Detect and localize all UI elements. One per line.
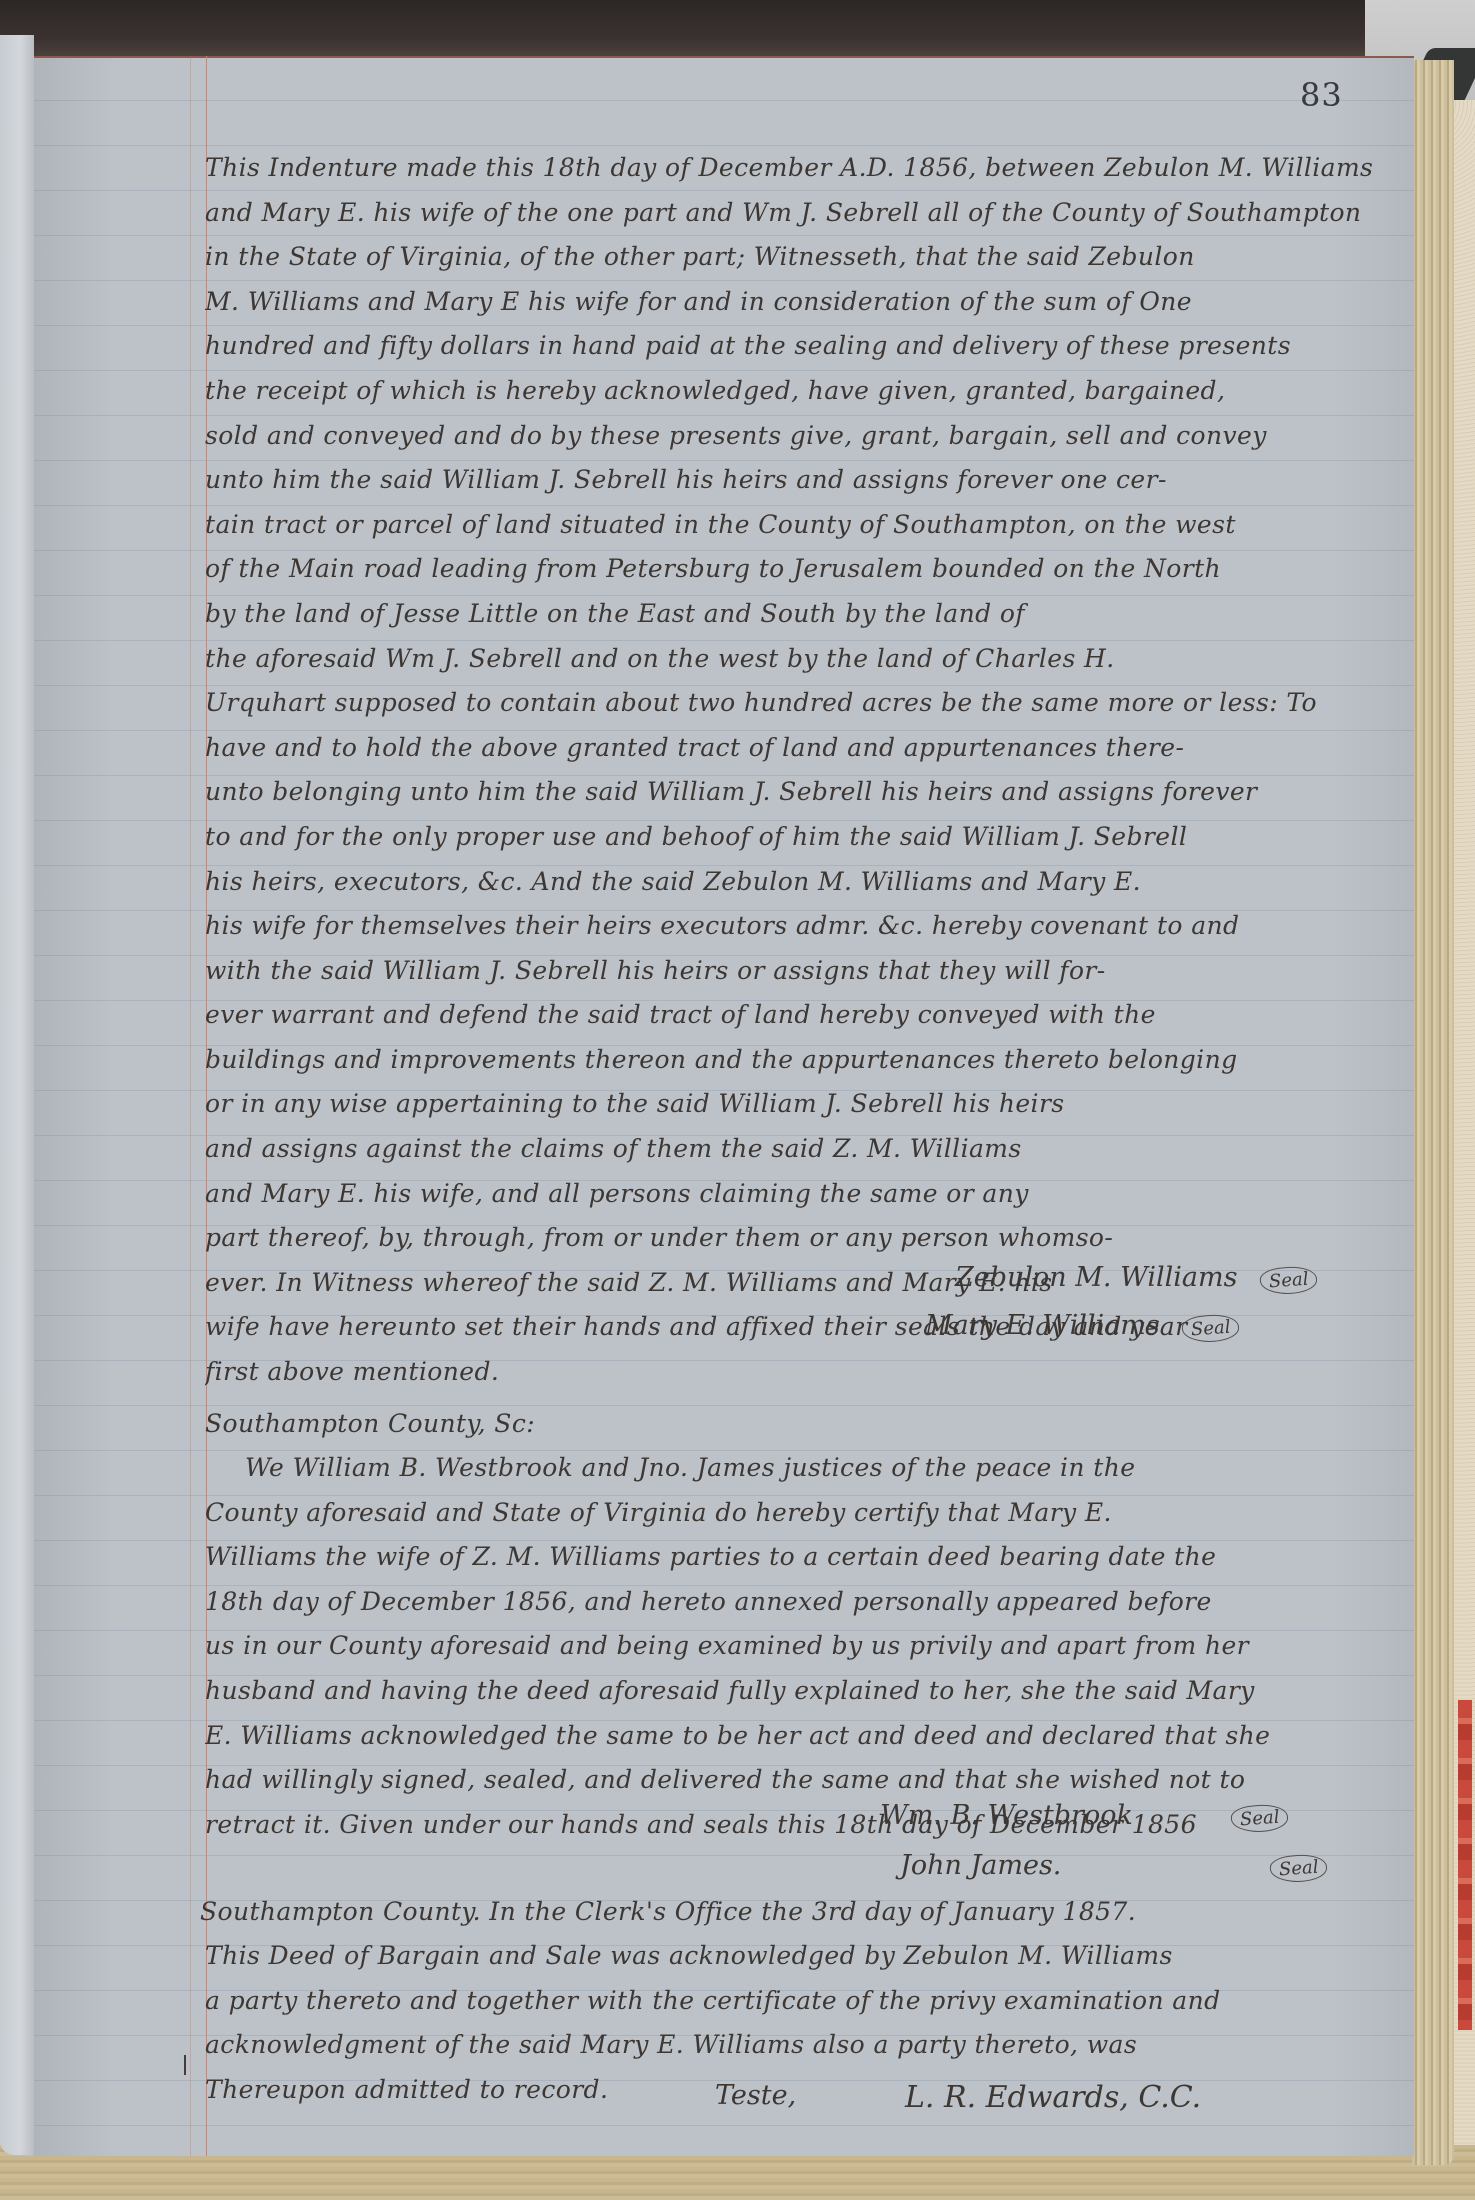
signature-john-james: John James. Seal — [900, 1850, 1327, 1882]
deed-line: the aforesaid Wm J. Sebrell and on the w… — [205, 637, 1400, 682]
certificate-line: We William B. Westbrook and Jno. James j… — [205, 1446, 1400, 1491]
deed-line: and Mary E. his wife, and all persons cl… — [205, 1172, 1400, 1217]
red-bookmark-tab — [1458, 1700, 1472, 2030]
signature-mary-williams: Mary E. Williams Seal — [925, 1310, 1240, 1342]
teste-label: Teste, — [715, 2080, 796, 2111]
seal-icon: Seal — [1259, 1265, 1318, 1296]
deed-line: with the said William J. Sebrell his hei… — [205, 949, 1400, 994]
certificate-line: 18th day of December 1856, and hereto an… — [205, 1580, 1400, 1625]
clerk-note-text: This Deed of Bargain and Sale was acknow… — [205, 1934, 1400, 2112]
deed-line: the receipt of which is hereby acknowled… — [205, 369, 1400, 414]
signature-name: Wm. B. Westbrook — [880, 1800, 1133, 1831]
deed-line: in the State of Virginia, of the other p… — [205, 235, 1400, 280]
deed-line: ever warrant and defend the said tract o… — [205, 993, 1400, 1038]
deed-text: This Indenture made this 18th day of Dec… — [205, 146, 1400, 1395]
page-edges — [1412, 60, 1454, 2165]
deed-line: of the Main road leading from Petersburg… — [205, 547, 1400, 592]
deed-line: sold and conveyed and do by these presen… — [205, 414, 1400, 459]
certificate-line: us in our County aforesaid and being exa… — [205, 1624, 1400, 1669]
seal-icon: Seal — [1231, 1803, 1290, 1834]
facing-page-edge — [0, 35, 34, 2155]
signature-zebulon-williams: Zebulon M. Williams Seal — [955, 1262, 1318, 1294]
deed-line: have and to hold the above granted tract… — [205, 726, 1400, 771]
clerk-note-line: acknowledgment of the said Mary E. Willi… — [205, 2023, 1400, 2068]
deed-line: and assigns against the claims of them t… — [205, 1127, 1400, 1172]
signature-name: Mary E. Williams — [925, 1310, 1160, 1341]
seal-icon: Seal — [1181, 1313, 1240, 1344]
deed-line: and Mary E. his wife of the one part and… — [205, 191, 1400, 236]
clerk-note-line: This Deed of Bargain and Sale was acknow… — [205, 1934, 1400, 1979]
certificate-line: E. Williams acknowledged the same to be … — [205, 1714, 1400, 1759]
deed-line: part thereof, by, through, from or under… — [205, 1216, 1400, 1261]
margin-rule-faint — [190, 56, 191, 2156]
signature-name: John James. — [900, 1850, 1061, 1881]
certificate-line: husband and having the deed aforesaid fu… — [205, 1669, 1400, 1714]
clerk-note-heading: Southampton County. In the Clerk's Offic… — [200, 1890, 1395, 1935]
page-number: 83 — [1300, 76, 1343, 114]
signature-clerk: L. R. Edwards, C.C. — [905, 2080, 1201, 2115]
deed-line: to and for the only proper use and behoo… — [205, 815, 1400, 860]
margin-tick — [184, 2055, 186, 2075]
certificate-text: We William B. Westbrook and Jno. James j… — [205, 1446, 1400, 1847]
deed-line: tain tract or parcel of land situated in… — [205, 503, 1400, 548]
deed-line: This Indenture made this 18th day of Dec… — [205, 146, 1400, 191]
signature-name: Zebulon M. Williams — [955, 1262, 1237, 1293]
signature-westbrook: Wm. B. Westbrook Seal — [880, 1800, 1289, 1832]
deed-line: hundred and fifty dollars in hand paid a… — [205, 324, 1400, 369]
certificate-line: Williams the wife of Z. M. Williams part… — [205, 1535, 1400, 1580]
certificate-line: County aforesaid and State of Virginia d… — [205, 1491, 1400, 1536]
deed-line: Urquhart supposed to contain about two h… — [205, 681, 1400, 726]
deed-line: unto belonging unto him the said William… — [205, 770, 1400, 815]
deed-line: his heirs, executors, &c. And the said Z… — [205, 860, 1400, 905]
deed-line: or in any wise appertaining to the said … — [205, 1082, 1400, 1127]
certificate-line: had willingly signed, sealed, and delive… — [205, 1758, 1400, 1803]
deed-line: buildings and improvements thereon and t… — [205, 1038, 1400, 1083]
deed-line: M. Williams and Mary E his wife for and … — [205, 280, 1400, 325]
seal-icon: Seal — [1269, 1853, 1328, 1884]
deed-line: unto him the said William J. Sebrell his… — [205, 458, 1400, 503]
clerk-note-line: Thereupon admitted to record. — [205, 2068, 1400, 2113]
deed-line: his wife for themselves their heirs exec… — [205, 904, 1400, 949]
clerk-note-line: a party thereto and together with the ce… — [205, 1979, 1400, 2024]
deed-line: first above mentioned. — [205, 1350, 1400, 1395]
certificate-heading: Southampton County, Sc: — [205, 1402, 1400, 1447]
deed-line: by the land of Jesse Little on the East … — [205, 592, 1400, 637]
